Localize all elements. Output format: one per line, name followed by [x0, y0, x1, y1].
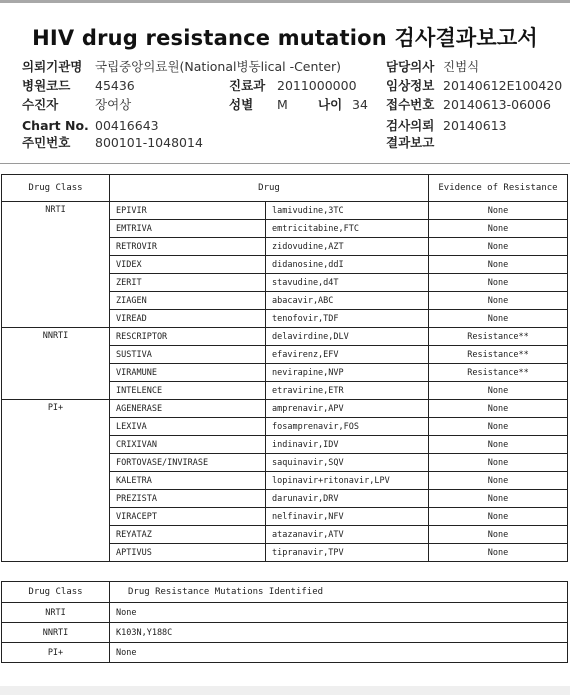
- clinical-info-label: 임상정보: [386, 78, 434, 93]
- evidence-cell: None: [429, 436, 568, 454]
- header-drug: Drug: [110, 175, 429, 202]
- brand-cell: FORTOVASE/INVIRASE: [110, 454, 266, 472]
- info-chart-no-value: 00416643: [95, 118, 159, 134]
- table-header-row: Drug Class Drug Evidence of Resistance: [2, 175, 568, 202]
- mutations-cell: K103N,Y188C: [110, 623, 568, 643]
- generic-cell: efavirenz,EFV: [266, 346, 429, 364]
- generic-cell: tipranavir,TPV: [266, 544, 429, 562]
- drug-class-cell: NRTI: [2, 202, 110, 328]
- info-test-request: 검사의뢰: [386, 118, 434, 134]
- generic-cell: delavirdine,DLV: [266, 328, 429, 346]
- header-mutations: Drug Resistance Mutations Identified: [110, 582, 568, 603]
- brand-cell: KALETRA: [110, 472, 266, 490]
- info-test-request-value: 20140613: [443, 118, 507, 134]
- header-evidence: Evidence of Resistance: [429, 175, 568, 202]
- mutations-cell: None: [110, 603, 568, 623]
- generic-cell: indinavir,IDV: [266, 436, 429, 454]
- institution-value: 국립중앙의료원(National병동lical -Center): [95, 59, 341, 74]
- generic-cell: abacavir,ABC: [266, 292, 429, 310]
- evidence-cell: None: [429, 256, 568, 274]
- brand-cell: VIRAMUNE: [110, 364, 266, 382]
- info-hospital-code: 병원코드: [22, 78, 70, 94]
- drug-class-cell: PI+: [2, 400, 110, 562]
- top-border: [0, 0, 570, 3]
- generic-cell: nevirapine,NVP: [266, 364, 429, 382]
- table-header-row: Drug Class Drug Resistance Mutations Ide…: [2, 582, 568, 603]
- test-request-value: 20140613: [443, 118, 507, 133]
- info-receipt: 접수번호: [386, 97, 434, 113]
- generic-cell: saquinavir,SQV: [266, 454, 429, 472]
- chart-no-value: 00416643: [95, 118, 159, 133]
- generic-cell: zidovudine,AZT: [266, 238, 429, 256]
- info-resident-no-value: 800101-1048014: [95, 135, 203, 151]
- brand-cell: SUSTIVA: [110, 346, 266, 364]
- brand-cell: LEXIVA: [110, 418, 266, 436]
- brand-cell: EPIVIR: [110, 202, 266, 220]
- brand-cell: AGENERASE: [110, 400, 266, 418]
- header-drug-class: Drug Class: [2, 175, 110, 202]
- table-row: NRTI EPIVIR lamivudine,3TC None: [2, 202, 568, 220]
- info-institution: 의뢰기관명: [22, 59, 82, 75]
- evidence-cell: None: [429, 382, 568, 400]
- evidence-cell: None: [429, 310, 568, 328]
- generic-cell: stavudine,d4T: [266, 274, 429, 292]
- generic-cell: fosamprenavir,FOS: [266, 418, 429, 436]
- info-department-value: 2011000000: [277, 78, 357, 94]
- evidence-cell: None: [429, 292, 568, 310]
- age-value: 34: [352, 97, 368, 112]
- info-clinical: 임상정보: [386, 78, 434, 94]
- evidence-cell: None: [429, 508, 568, 526]
- generic-cell: emtricitabine,FTC: [266, 220, 429, 238]
- brand-cell: VIDEX: [110, 256, 266, 274]
- generic-cell: nelfinavir,NFV: [266, 508, 429, 526]
- info-institution-value: 국립중앙의료원(National병동lical -Center): [95, 59, 341, 75]
- brand-cell: RESCRIPTOR: [110, 328, 266, 346]
- patient-label: 수진자: [22, 97, 58, 112]
- brand-cell: ZERIT: [110, 274, 266, 292]
- brand-cell: REYATAZ: [110, 526, 266, 544]
- hospital-code-label: 병원코드: [22, 78, 70, 93]
- info-hospital-code-value: 45436: [95, 78, 135, 94]
- evidence-cell: None: [429, 472, 568, 490]
- receipt-no-label: 접수번호: [386, 97, 434, 112]
- evidence-cell: None: [429, 544, 568, 562]
- evidence-cell: None: [429, 454, 568, 472]
- brand-cell: APTIVUS: [110, 544, 266, 562]
- info-age-value: 34: [352, 97, 368, 113]
- info-age: 나이: [318, 97, 342, 113]
- evidence-cell: Resistance**: [429, 346, 568, 364]
- header-separator: [0, 163, 570, 164]
- test-request-label: 검사의뢰: [386, 118, 434, 133]
- department-value: 2011000000: [277, 78, 357, 93]
- brand-cell: CRIXIVAN: [110, 436, 266, 454]
- brand-cell: VIREAD: [110, 310, 266, 328]
- drug-class-cell: PI+: [2, 643, 110, 663]
- drug-class-cell: NRTI: [2, 603, 110, 623]
- receipt-no-value: 20140613-06006: [443, 97, 551, 112]
- drug-class-cell: NNRTI: [2, 328, 110, 400]
- clinical-info-value: 20140612E100420: [443, 78, 562, 93]
- result-report-label: 결과보고: [386, 135, 434, 150]
- brand-cell: INTELENCE: [110, 382, 266, 400]
- info-result-report: 결과보고: [386, 135, 434, 151]
- generic-cell: tenofovir,TDF: [266, 310, 429, 328]
- brand-cell: ZIAGEN: [110, 292, 266, 310]
- doctor-label: 담당의사: [386, 59, 434, 74]
- info-doctor: 담당의사: [386, 59, 434, 75]
- resident-no-label: 주민번호: [22, 135, 70, 150]
- evidence-cell: None: [429, 274, 568, 292]
- info-patient-value: 장여상: [95, 97, 131, 113]
- table-row: NRTI None: [2, 603, 568, 623]
- generic-cell: amprenavir,APV: [266, 400, 429, 418]
- brand-cell: VIRACEPT: [110, 508, 266, 526]
- mutations-cell: None: [110, 643, 568, 663]
- generic-cell: darunavir,DRV: [266, 490, 429, 508]
- evidence-cell: None: [429, 238, 568, 256]
- bottom-band: [0, 686, 570, 695]
- evidence-cell: Resistance**: [429, 364, 568, 382]
- institution-label: 의뢰기관명: [22, 59, 82, 74]
- generic-cell: lopinavir+ritonavir,LPV: [266, 472, 429, 490]
- header-drug-class: Drug Class: [2, 582, 110, 603]
- table-row: PI+ None: [2, 643, 568, 663]
- patient-value: 장여상: [95, 97, 131, 112]
- drug-class-cell: NNRTI: [2, 623, 110, 643]
- generic-cell: atazanavir,ATV: [266, 526, 429, 544]
- age-label: 나이: [318, 97, 342, 112]
- resident-no-value: 800101-1048014: [95, 135, 203, 150]
- chart-no-label: Chart No.: [22, 118, 89, 133]
- info-receipt-value: 20140613-06006: [443, 97, 551, 113]
- table-row: PI+ AGENERASE amprenavir,APV None: [2, 400, 568, 418]
- evidence-cell: None: [429, 526, 568, 544]
- table-row: NNRTI RESCRIPTOR delavirdine,DLV Resista…: [2, 328, 568, 346]
- mutation-table: Drug Class Drug Resistance Mutations Ide…: [1, 581, 568, 663]
- generic-cell: etravirine,ETR: [266, 382, 429, 400]
- info-sex: 성별: [229, 97, 253, 113]
- doctor-value: 진범식: [443, 59, 479, 74]
- evidence-cell: Resistance**: [429, 328, 568, 346]
- table-row: NNRTI K103N,Y188C: [2, 623, 568, 643]
- info-patient: 수진자: [22, 97, 58, 113]
- generic-cell: didanosine,ddI: [266, 256, 429, 274]
- department-label: 진료과: [229, 78, 265, 93]
- evidence-cell: None: [429, 490, 568, 508]
- brand-cell: RETROVIR: [110, 238, 266, 256]
- report-title: HIV drug resistance mutation 검사결과보고서: [0, 22, 570, 52]
- info-department: 진료과: [229, 78, 265, 94]
- evidence-cell: None: [429, 400, 568, 418]
- sex-label: 성별: [229, 97, 253, 112]
- info-sex-value: M: [277, 97, 288, 113]
- evidence-cell: None: [429, 202, 568, 220]
- brand-cell: EMTRIVA: [110, 220, 266, 238]
- info-doctor-value: 진범식: [443, 59, 479, 75]
- sex-value: M: [277, 97, 288, 112]
- evidence-cell: None: [429, 418, 568, 436]
- hospital-code-value: 45436: [95, 78, 135, 93]
- info-clinical-value: 20140612E100420: [443, 78, 562, 94]
- brand-cell: PREZISTA: [110, 490, 266, 508]
- drug-resistance-table: Drug Class Drug Evidence of Resistance N…: [1, 174, 568, 562]
- evidence-cell: None: [429, 220, 568, 238]
- info-chart-no: Chart No.: [22, 118, 89, 134]
- info-resident-no: 주민번호: [22, 135, 70, 151]
- generic-cell: lamivudine,3TC: [266, 202, 429, 220]
